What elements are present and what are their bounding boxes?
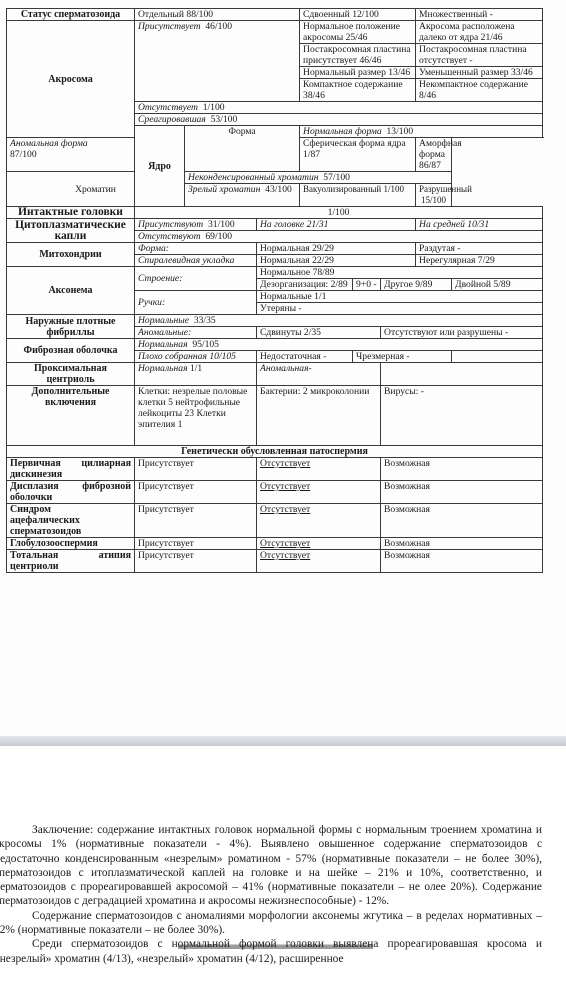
nucleus-shape-label: Форма <box>185 126 300 172</box>
acrosome-reduced-size: Уменьшенный размер 33/46 <box>416 67 543 79</box>
row-proximal-centriole: Проксимальная центриоль Нормальная 1/1 А… <box>7 363 543 386</box>
intact-heads-value: 1/100 <box>135 207 543 219</box>
genetic-row-label: Синдром ацефалических сперматозоидов <box>7 504 135 538</box>
cyto-drops-label: Цитоплазматические капли <box>7 219 135 243</box>
genetic-row: Дисплазия фиброзной оболочки Присутствуе… <box>7 481 543 504</box>
status-label: Статус сперматозоида <box>7 9 135 21</box>
genetic-absent: Отсутствует <box>257 538 381 550</box>
genetic-possible: Возможная <box>381 538 543 550</box>
genetic-present: Присутствует <box>135 538 257 550</box>
genetic-header: Генетически обусловленная патоспермия <box>7 446 543 458</box>
axoneme-arms-lost: Утеряны - <box>257 303 543 315</box>
centriole-empty <box>381 363 543 386</box>
genetic-absent: Отсутствует <box>257 550 381 573</box>
row-outer-fibers: Наружные плотные фибриллы Нормальные 33/… <box>7 315 543 327</box>
row-inclusions: Дополнительные включения Клетки: незрелы… <box>7 386 543 446</box>
proximal-centriole-label: Проксимальная центриоль <box>7 363 135 386</box>
status-double: Сдвоенный 12/100 <box>300 9 416 21</box>
acrosome-present: Присутствует 46/100 <box>135 21 300 102</box>
cyto-drops-head: На головке 21/31 <box>257 219 416 231</box>
row-status: Статус сперматозоида Отдельный 88/100 Сд… <box>7 9 543 21</box>
cyto-drops-present: Присутствуют 31/100 <box>135 219 257 231</box>
genetic-absent: Отсутствует <box>257 481 381 504</box>
conclusion-paragraph-1: Заключение: содержание интактных головок… <box>0 823 542 909</box>
mitochondria-label: Митохондрии <box>7 243 135 267</box>
highlight-mark: ормальной формой головки выявлен <box>178 938 374 950</box>
fibrous-sheath-insufficient: Недостаточная - <box>257 351 353 363</box>
genetic-present: Присутствует <box>135 458 257 481</box>
fibrous-sheath-label: Фиброзная оболочка <box>7 339 135 363</box>
genetic-possible: Возможная <box>381 550 543 573</box>
axoneme-arms-normal: Нормальные 1/1 <box>257 291 543 303</box>
centriole-abnormal: Аномальная- <box>257 363 381 386</box>
cyto-drops-absent: Отсутствуют 69/100 <box>135 231 543 243</box>
acrosome-reacted: Среагировавшая 53/100 <box>135 114 543 126</box>
acrosome-normal-position: Нормальное положение акросомы 25/46 <box>300 21 416 44</box>
row-intact-heads: Интактные головки 1/100 <box>7 207 543 219</box>
genetic-absent: Отсутствует <box>257 458 381 481</box>
fibrous-sheath-excessive: Чрезмерная - <box>353 351 452 363</box>
acrosome-noncompact: Некомпактное содержание 8/46 <box>416 79 543 102</box>
mito-spiral-irregular: Нерегулярная 7/29 <box>416 255 543 267</box>
acrosome-absent: Отсутствует 1/100 <box>135 102 543 114</box>
genetic-possible: Возможная <box>381 504 543 538</box>
inclusions-cells: Клетки: незрелые половые клетки 5 нейтро… <box>135 386 257 446</box>
fibrous-sheath-poor: Плохо собранная 10/105 <box>135 351 257 363</box>
postacrosomal-present: Постакросомная пластина присутствует 46/… <box>300 44 416 67</box>
genetic-row: Глобулозооспермия Присутствует Отсутству… <box>7 538 543 550</box>
axoneme-double: Двойной 5/89 <box>452 279 543 291</box>
acrosome-normal-size: Нормальный размер 13/46 <box>300 67 416 79</box>
postacrosomal-absent: Постакросомная пластина отсутствует - <box>416 44 543 67</box>
mito-spiral-label: Спиралевидная укладка <box>135 255 257 267</box>
acrosome-label: Акросома <box>7 21 135 138</box>
genetic-row: Синдром ацефалических сперматозоидов При… <box>7 504 543 538</box>
intact-heads-label: Интактные головки <box>7 207 135 219</box>
conclusion-paragraph-3: Среди сперматозоидов с нормальной формой… <box>0 937 542 966</box>
morphology-table: Статус сперматозоида Отдельный 88/100 Сд… <box>6 8 543 573</box>
acrosome-compact: Компактное содержание 38/46 <box>300 79 416 102</box>
genetic-row-label: Дисплазия фиброзной оболочки <box>7 481 135 504</box>
genetic-row: Первичная цилиарная дискинезия Присутств… <box>7 458 543 481</box>
mito-spiral-normal: Нормальная 22/29 <box>257 255 416 267</box>
row-axoneme: Аксонема Строение: Нормальное 78/89 <box>7 267 543 279</box>
chromatin-uncondensed: Неконденсированный хроматин 57/100 <box>185 172 452 184</box>
nucleus-normal-shape: Нормальная форма 13/100 <box>300 126 543 138</box>
mito-shape-swollen: Раздутая - <box>416 243 543 255</box>
genetic-row-label: Первичная цилиарная дискинезия <box>7 458 135 481</box>
chromatin-vacuolized: Вакуолизированный 1/100 <box>300 184 416 207</box>
genetic-row-label: Тотальная атипия центриоли <box>7 550 135 573</box>
axoneme-structure-label: Строение: <box>135 267 257 291</box>
mito-shape-normal: Нормальная 29/29 <box>257 243 416 255</box>
axoneme-9-0: 9+0 - <box>353 279 381 291</box>
conclusion-text: Заключение: содержание интактных головок… <box>0 823 542 966</box>
chromatin-mature: Зрелый хроматин 43/100 <box>185 184 300 207</box>
row-acrosome: Акросома Присутствует 46/100 Нормальное … <box>7 21 543 44</box>
row-fibrous-sheath: Фиброзная оболочка Нормальная 95/105 <box>7 339 543 351</box>
nucleus-spherical: Сферическая форма ядра 1/87 <box>300 138 416 172</box>
chromatin-destroyed: Разрушенный15/100 <box>416 184 452 207</box>
mito-shape-label: Форма: <box>135 243 257 255</box>
outer-fibers-normal: Нормальные 33/35 <box>135 315 543 327</box>
genetic-present: Присутствует <box>135 481 257 504</box>
status-multiple: Множественный - <box>416 9 543 21</box>
row-cyto-drops: Цитоплазматические капли Присутствуют 31… <box>7 219 543 231</box>
outer-fibers-label: Наружные плотные фибриллы <box>7 315 135 339</box>
row-genetic-header: Генетически обусловленная патоспермия <box>7 446 543 458</box>
genetic-present: Присутствует <box>135 550 257 573</box>
status-single: Отдельный 88/100 <box>135 9 300 21</box>
outer-fibers-abnormal-label: Аномальные: <box>135 327 257 339</box>
cyto-drops-mid: На средней 10/31 <box>416 219 543 231</box>
inclusions-label: Дополнительные включения <box>7 386 135 446</box>
genetic-possible: Возможная <box>381 481 543 504</box>
fibrous-sheath-empty <box>452 351 543 363</box>
inclusions-viruses: Вирусы: - <box>381 386 543 446</box>
centriole-normal: Нормальная 1/1 <box>135 363 257 386</box>
acrosome-far: Акросома расположена далеко от ядра 21/4… <box>416 21 543 44</box>
nucleus-amorphous: Аморфная форма 86/87 <box>416 138 452 172</box>
genetic-present: Присутствует <box>135 504 257 538</box>
row-mitochondria: Митохондрии Форма: Нормальная 29/29 Разд… <box>7 243 543 255</box>
genetic-row-label: Глобулозооспермия <box>7 538 135 550</box>
fibrous-sheath-normal: Нормальная 95/105 <box>135 339 543 351</box>
axoneme-arms-label: Ручки: <box>135 291 257 315</box>
outer-fibers-absent: Отсутствуют или разрушены - <box>381 327 543 339</box>
genetic-row: Тотальная атипия центриоли Присутствует … <box>7 550 543 573</box>
axoneme-label: Аксонема <box>7 267 135 315</box>
page-separator <box>0 736 566 746</box>
axoneme-normal: Нормальное 78/89 <box>257 267 543 279</box>
inclusions-bacteria: Бактерии: 2 микроколонии <box>257 386 381 446</box>
report-page-2: Заключение: содержание интактных головок… <box>0 746 566 1000</box>
axoneme-other: Другое 9/89 <box>381 279 452 291</box>
report-page-1: Статус сперматозоида Отдельный 88/100 Сд… <box>0 0 566 736</box>
genetic-absent: Отсутствует <box>257 504 381 538</box>
axoneme-disorganization: Дезорганизация: 2/89 <box>257 279 353 291</box>
outer-fibers-shifted: Сдвинуты 2/35 <box>257 327 381 339</box>
nucleus-chromatin-label: Хроматин <box>7 172 185 207</box>
genetic-possible: Возможная <box>381 458 543 481</box>
conclusion-paragraph-2: Содержание сперматозоидов с аномалиями м… <box>0 909 542 938</box>
